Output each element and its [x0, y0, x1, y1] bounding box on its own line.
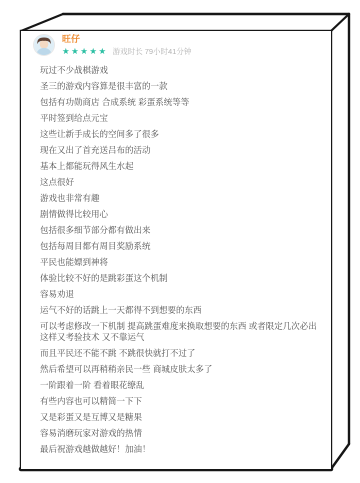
review-paragraph: 包括很多细节部分都有做出来	[40, 225, 318, 236]
review-paragraph: 容易消磨玩家对游戏的热情	[40, 428, 318, 439]
playtime-label: 游戏时长 79小时41分钟	[113, 47, 192, 56]
star-rating-icons: ★★★★★	[62, 47, 108, 56]
review-paragraph: 一阶跟着一阶 看着眼花缭乱	[40, 380, 318, 391]
frame-top-left-diagonal	[21, 14, 63, 31]
rating-row: ★★★★★ 游戏时长 79小时41分钟	[62, 47, 191, 56]
review-paragraph: 游戏也非常有趣	[40, 193, 318, 204]
review-paragraph: 又是彩蛋又是互博又是糖果	[40, 412, 318, 423]
user-info: 旺仔 ★★★★★ 游戏时长 79小时41分钟	[62, 34, 191, 56]
username[interactable]: 旺仔	[62, 34, 191, 45]
review-paragraph: 最后祝游戏越做越好！加油！	[40, 444, 318, 455]
review-card: 旺仔 ★★★★★ 游戏时长 79小时41分钟 玩过不少战棋游戏圣三的游戏内容算是…	[21, 31, 331, 469]
review-paragraph: 现在又出了首充送吕布的活动	[40, 145, 318, 156]
review-paragraph: 而且平民还不能不跳 不跳很快就打不过了	[40, 348, 318, 359]
review-paragraph: 这些让新手成长的空间多了很多	[40, 129, 318, 140]
avatar-image	[34, 35, 54, 55]
frame-bottom-right-diagonal	[331, 444, 349, 469]
review-paragraph: 容易劝退	[40, 289, 318, 300]
frame-top-right-diagonal	[331, 14, 349, 31]
review-body: 玩过不少战棋游戏圣三的游戏内容算是很丰富的一款包括有功勋商店 合成系统 彩蛋系统…	[40, 65, 318, 460]
review-paragraph: 平民也能嫖到神将	[40, 257, 318, 268]
review-paragraph: 可以考虑修改一下机制 提高跳蛋难度来换取想要的东西 或者限定几次必出 这样又考验…	[40, 321, 318, 342]
review-paragraph: 运气不好的话跳上一天都得不到想要的东西	[40, 305, 318, 316]
review-paragraph: 剧情做得比较用心	[40, 209, 318, 220]
review-header: 旺仔 ★★★★★ 游戏时长 79小时41分钟	[33, 34, 191, 56]
review-paragraph: 然后希望可以再稍稍亲民一些 商城皮肤太多了	[40, 364, 318, 375]
review-paragraph: 基本上都能玩得风生水起	[40, 161, 318, 172]
review-paragraph: 包括每周目都有周目奖励系统	[40, 241, 318, 252]
review-paragraph: 玩过不少战棋游戏	[40, 65, 318, 76]
review-paragraph: 有些内容也可以精简一下下	[40, 396, 318, 407]
review-paragraph: 包括有功勋商店 合成系统 彩蛋系统等等	[40, 97, 318, 108]
review-paragraph: 圣三的游戏内容算是很丰富的一款	[40, 81, 318, 92]
review-paragraph: 平时签到给点元宝	[40, 113, 318, 124]
review-paragraph: 体验比较不好的是跳彩蛋这个机制	[40, 273, 318, 284]
review-paragraph: 这点很好	[40, 177, 318, 188]
review-screenshot: { "card": { "user": { "name": "旺仔", "sta…	[0, 0, 360, 483]
avatar[interactable]	[33, 34, 55, 56]
